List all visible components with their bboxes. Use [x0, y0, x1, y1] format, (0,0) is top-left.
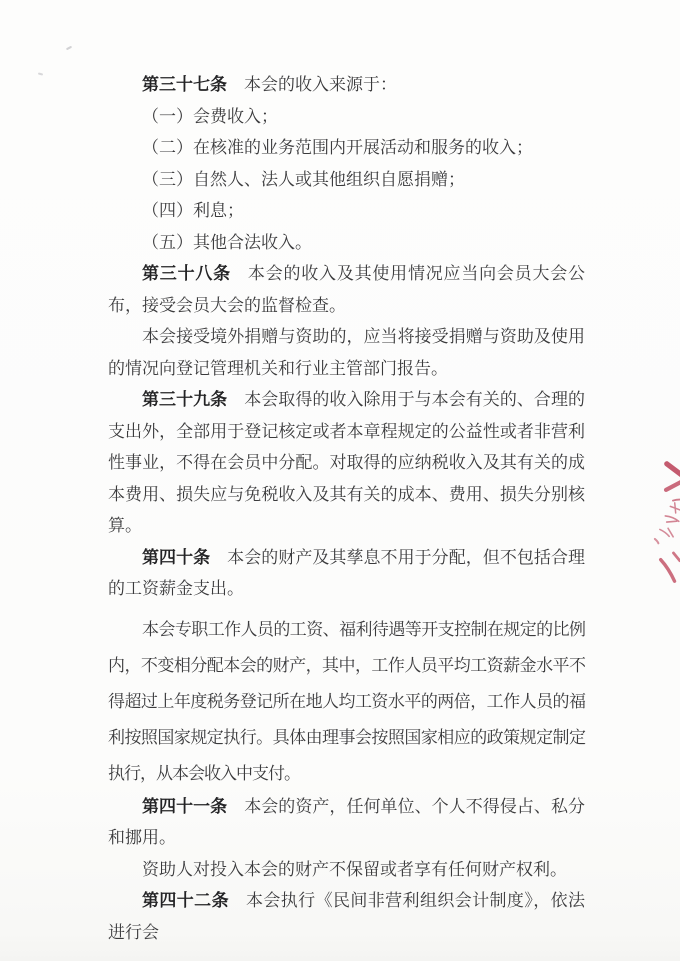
paragraph-text: 本会的收入来源于： [244, 75, 397, 95]
document-text: 第三十七条本会的收入来源于： （一）会费收入； （二）在核准的业务范围内开展活动… [108, 70, 585, 949]
paragraph-text: 本会取得的收入除用于与本会有关的、合理的支出外，全部用于登记核定或者本章程规定的… [108, 390, 585, 536]
list-item-1: （一）会费收入； [108, 102, 585, 134]
scanned-document-page: 第三十七条本会的收入来源于： （一）会费收入； （二）在核准的业务范围内开展活动… [0, 0, 680, 961]
article-number: 第三十九条 [142, 390, 227, 410]
paragraph-text: 本会接受境外捐赠与资助的，应当将接受捐赠与资助及使用的情况向登记管理机关和行业主… [108, 327, 585, 379]
paragraph-text: （三）自然人、法人或其他组织自愿捐赠； [142, 170, 465, 190]
scan-speck [38, 72, 43, 75]
list-item-4: （四）利息； [108, 196, 585, 228]
paragraph-article-38-continued: 本会接受境外捐赠与资助的，应当将接受捐赠与资助及使用的情况向登记管理机关和行业主… [108, 322, 585, 385]
paragraph-article-39: 第三十九条本会取得的收入除用于与本会有关的、合理的支出外，全部用于登记核定或者本… [108, 385, 585, 543]
paragraph-article-41: 第四十一条本会的资产，任何单位、个人不得侵占、私分和挪用。 [108, 792, 585, 855]
paragraph-article-37: 第三十七条本会的收入来源于： [108, 70, 585, 102]
list-item-2: （二）在核准的业务范围内开展活动和服务的收入； [108, 133, 585, 165]
article-number: 第四十一条 [142, 797, 227, 817]
paragraph-article-38: 第三十八条本会的收入及其使用情况应当向会员大会公布，接受会员大会的监督检查。 [108, 259, 585, 322]
article-number: 第三十七条 [142, 75, 227, 95]
red-seal-fragment-icon [638, 447, 680, 630]
paragraph-article-42: 第四十二条本会执行《民间非营利组织会计制度》，依法进行会 [108, 886, 585, 949]
paragraph-text: 本会专职工作人员的工资、福利待遇等开支控制在规定的比例内，不变相分配本会的财产，… [108, 620, 585, 784]
article-number: 第四十二条 [142, 891, 229, 911]
paragraph-article-40-continued: 本会专职工作人员的工资、福利待遇等开支控制在规定的比例内，不变相分配本会的财产，… [108, 612, 585, 792]
article-number: 第四十条 [142, 548, 210, 568]
paragraph-article-41-continued: 资助人对投入本会的财产不保留或者享有任何财产权利。 [108, 855, 585, 887]
list-item-5: （五）其他合法收入。 [108, 228, 585, 260]
paragraph-text: （二）在核准的业务范围内开展活动和服务的收入； [142, 138, 533, 158]
paragraph-article-40: 第四十条本会的财产及其孳息不用于分配，但不包括合理的工资薪金支出。 [108, 543, 585, 606]
paragraph-text: 资助人对投入本会的财产不保留或者享有任何财产权利。 [142, 860, 567, 880]
paragraph-text: （五）其他合法收入。 [142, 233, 312, 253]
scan-speck [66, 46, 72, 51]
list-item-3: （三）自然人、法人或其他组织自愿捐赠； [108, 165, 585, 197]
paragraph-text: （一）会费收入； [142, 107, 278, 127]
article-number: 第三十八条 [142, 264, 231, 284]
paragraph-text: （四）利息； [142, 201, 244, 221]
